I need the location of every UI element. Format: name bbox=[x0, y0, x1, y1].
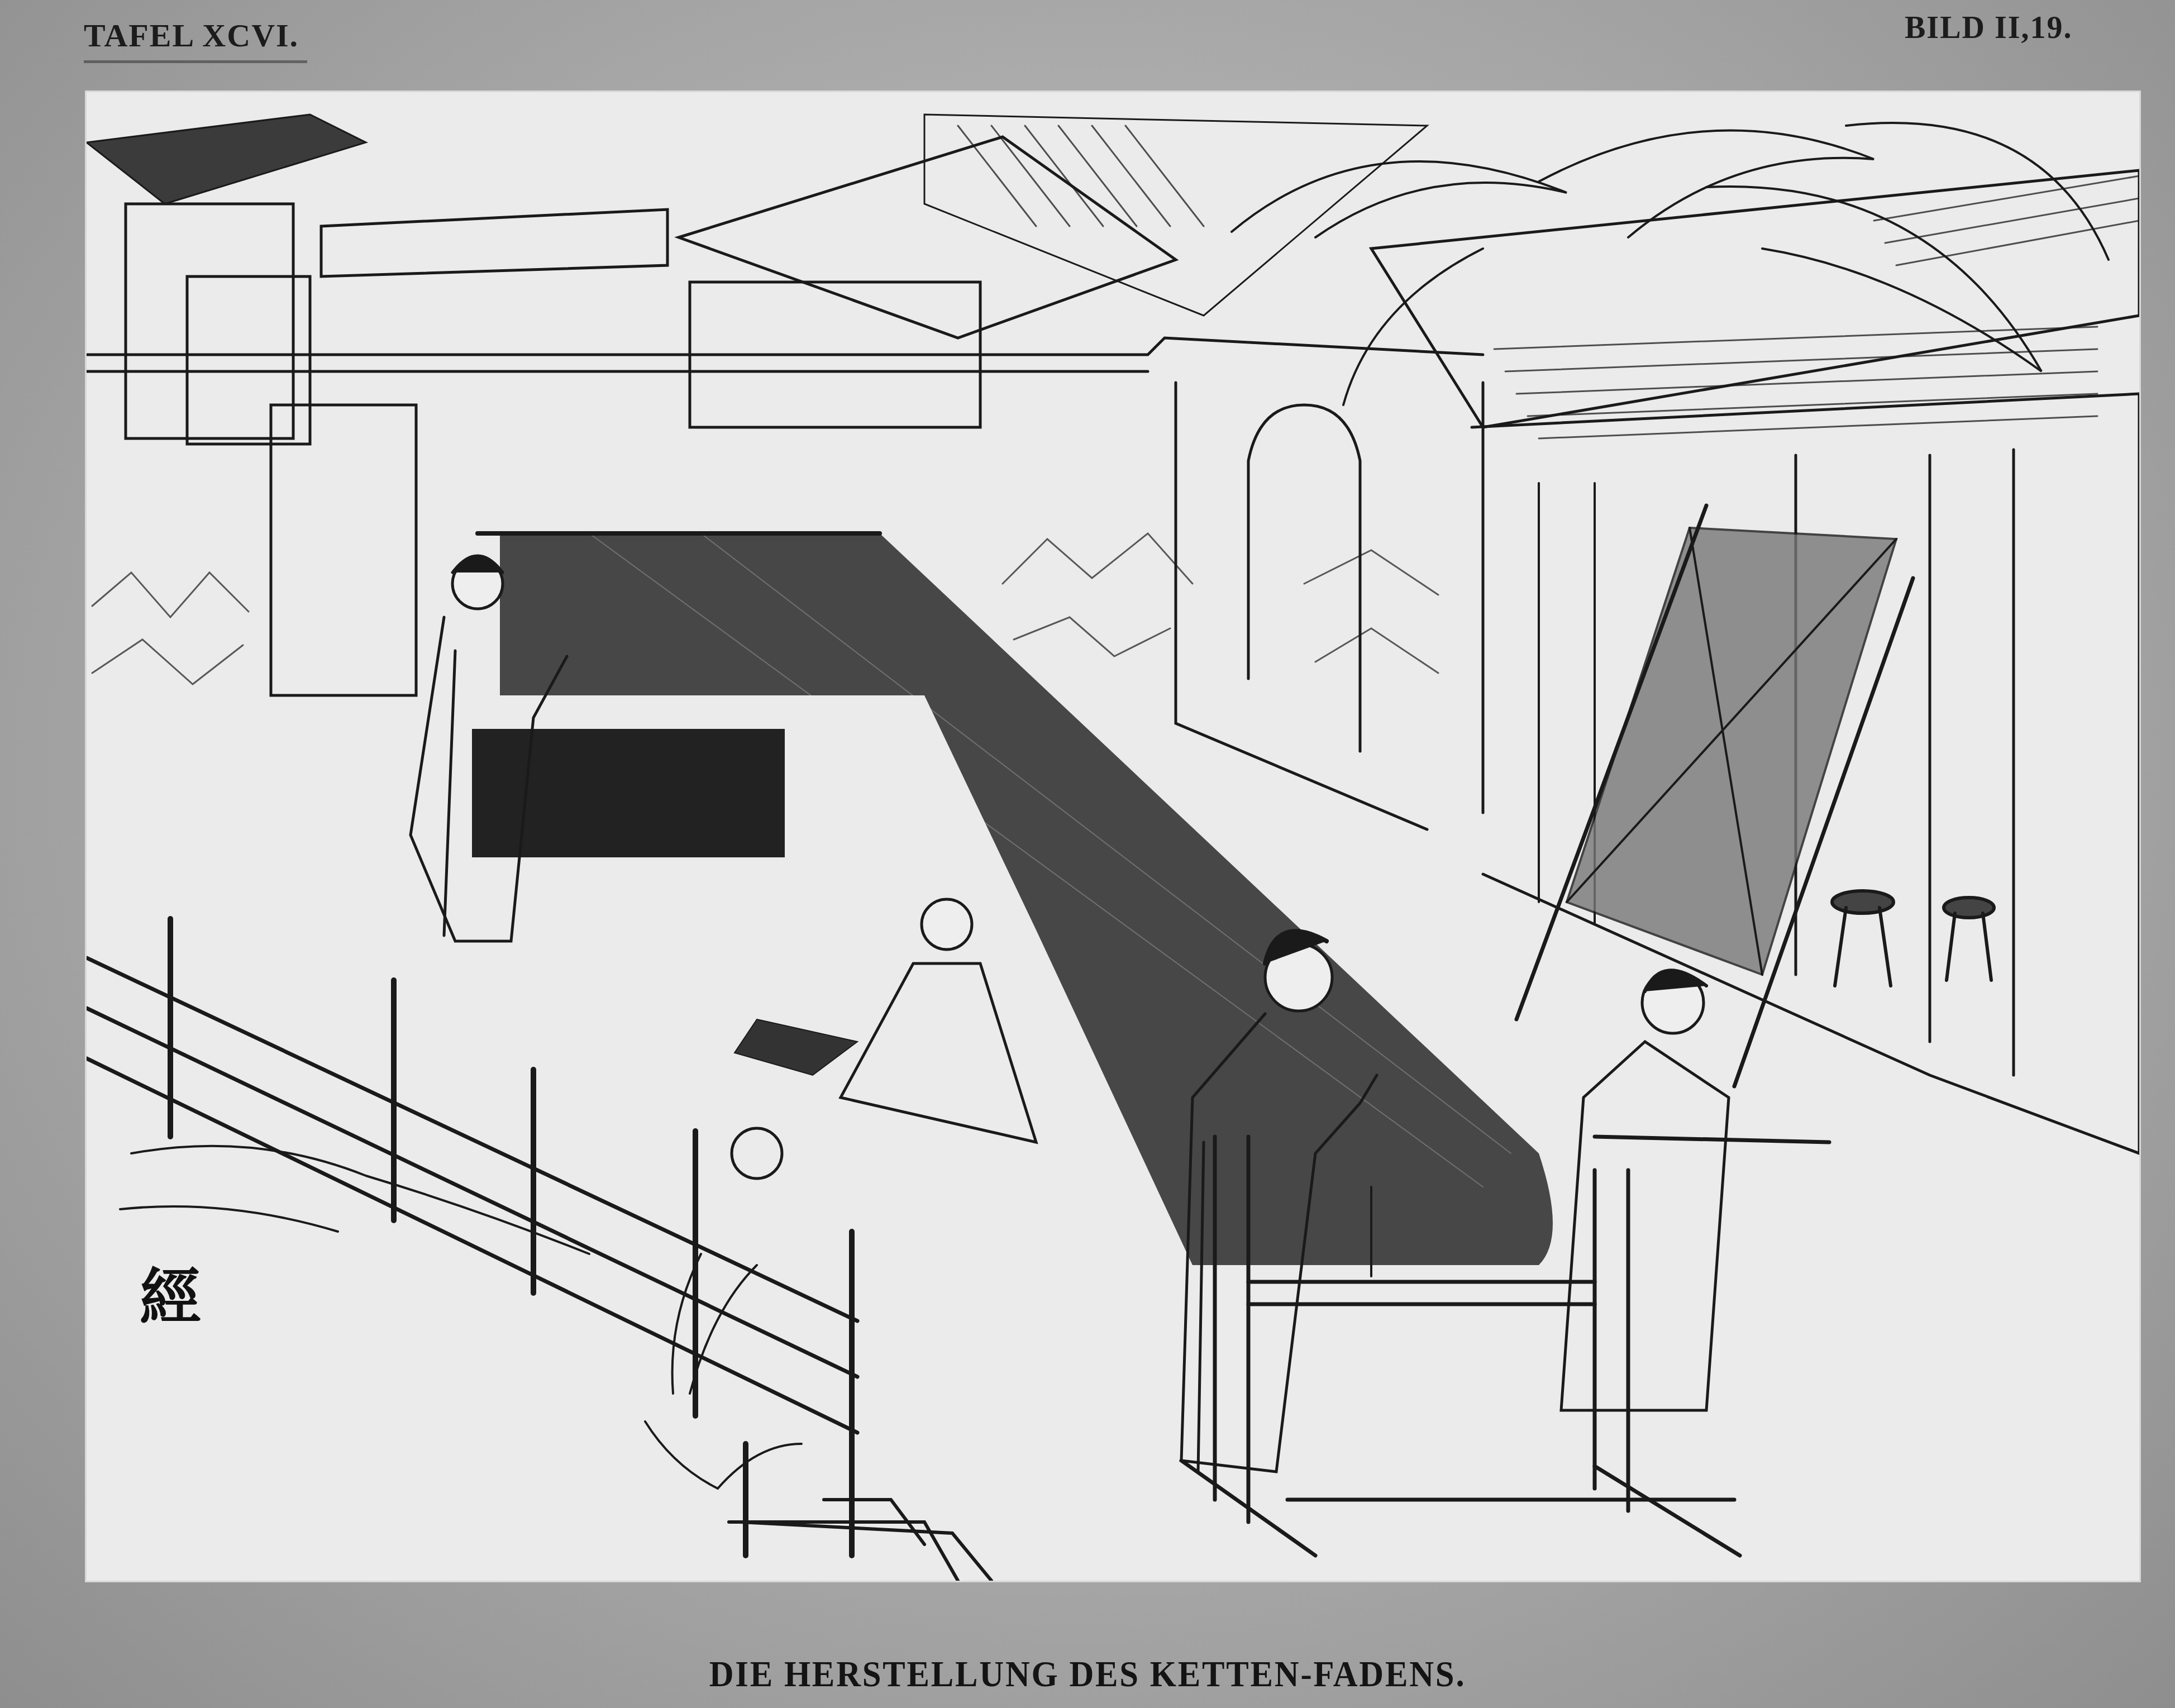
lattice-screen bbox=[1516, 505, 1913, 1086]
plate-label-underline bbox=[84, 60, 307, 63]
woodblock-scene bbox=[87, 92, 2139, 1581]
tiled-roofs bbox=[958, 126, 2139, 438]
reeds bbox=[120, 1146, 802, 1488]
bamboo-fence bbox=[87, 919, 991, 1581]
woman-holding-rod bbox=[1561, 970, 1829, 1410]
plate-label: TAFEL XCVI. bbox=[84, 17, 299, 54]
caption: DIE HERSTELLUNG DES KETTEN-FADENS. bbox=[87, 1653, 2088, 1696]
banana-tree bbox=[1232, 123, 2109, 405]
bench bbox=[729, 1500, 958, 1581]
illustration-panel: 經 bbox=[87, 92, 2139, 1581]
seated-child bbox=[732, 899, 1036, 1179]
inscription-character: 經 bbox=[140, 1248, 201, 1337]
figure-label: BILD II,19. bbox=[1905, 10, 2073, 46]
warp-threads bbox=[472, 533, 1553, 1265]
stools bbox=[1832, 891, 1994, 986]
